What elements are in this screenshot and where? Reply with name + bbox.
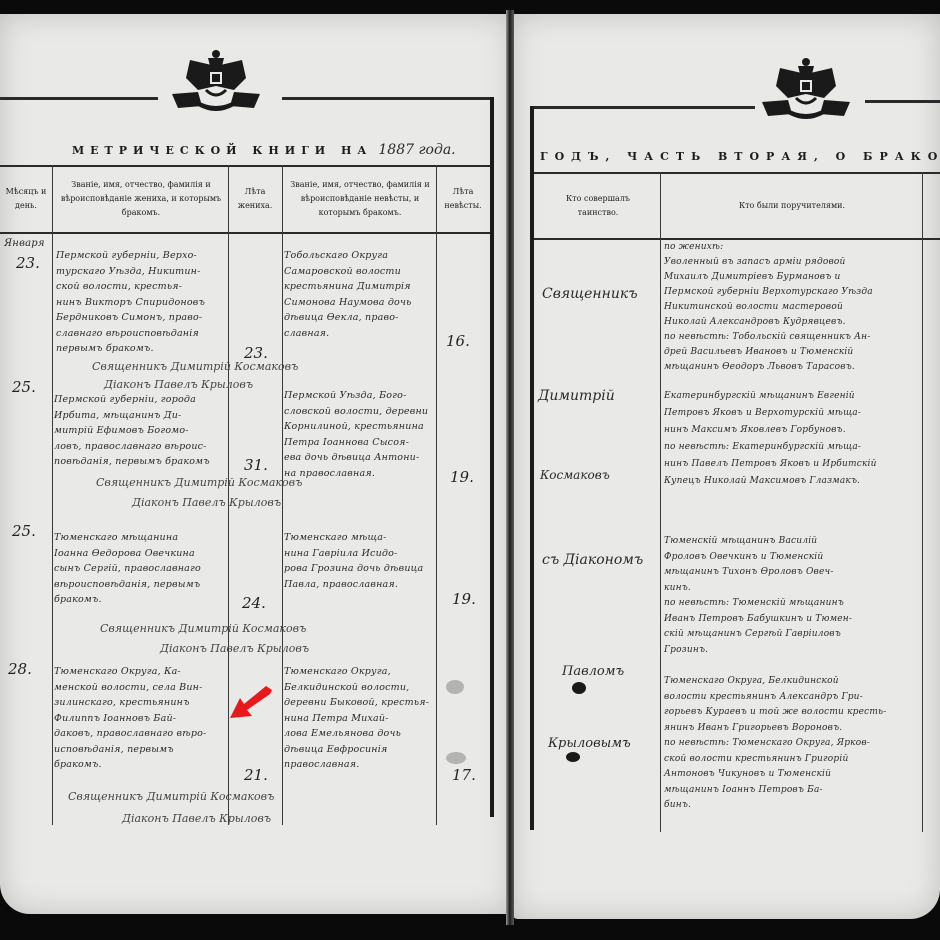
officiant-deacon: съ Діакономъ [542, 552, 643, 568]
entry-day: 28. [8, 660, 32, 678]
witnesses-record: Екатеринбургскій мѣщанинъ Евгеній Петров… [664, 388, 926, 490]
groom-record: Тюменскаго Округа, Ка- менской волости, … [54, 664, 228, 773]
frame-rule [865, 100, 940, 103]
bride-age: 19. [450, 468, 474, 486]
priest-signature: Священникъ Димитрій Космаковъ [68, 790, 274, 803]
groom-record: Тюменскаго мѣщанина Іоанна Ѳедорова Овеч… [54, 530, 228, 608]
deacon-name: Павломъ [562, 664, 624, 679]
deacon-signature: Діаконъ Павелъ Крыловъ [104, 378, 253, 391]
deacon-signature: Діаконъ Павелъ Крыловъ [132, 496, 281, 509]
column-divider [436, 165, 437, 825]
deacon-signature: Діаконъ Павелъ Крыловъ [160, 642, 309, 655]
column-header-officiant: Кто совершалъ таинство. [548, 176, 648, 236]
imperial-eagle-emblem-icon [758, 54, 854, 120]
column-header-bride-age: Лѣта невѣсты. [438, 168, 488, 230]
ink-smudge [446, 680, 464, 694]
bride-record: Тобольскаго Округа Самаровской волости к… [284, 248, 436, 341]
column-header-month-day: Мѣсяцъ и день. [2, 168, 50, 230]
bride-age: 16. [446, 332, 470, 350]
bride-age: 19. [452, 590, 476, 608]
entry-day: 25. [12, 378, 36, 396]
red-arrow-annotation-icon [228, 686, 274, 722]
left-page-title: МЕТРИЧЕСКОЙ КНИГИ НА1887 года. [72, 142, 456, 158]
table-rule [0, 165, 490, 167]
book-gutter [506, 10, 514, 925]
imperial-eagle-emblem-icon [168, 46, 264, 112]
ink-blot [572, 682, 586, 694]
officiant-surname: Космаковъ [540, 468, 610, 482]
priest-signature: Священникъ Димитрій Космаковъ [96, 476, 302, 489]
groom-record: Пермской губерніи, города Ирбита, мѣщани… [54, 392, 228, 470]
groom-age: 24. [242, 594, 266, 612]
register-year: 1887 года. [378, 142, 455, 158]
groom-age: 31. [244, 456, 268, 474]
column-divider [282, 165, 283, 825]
entry-day: 25. [12, 522, 36, 540]
month-label: Января [4, 236, 45, 252]
column-header-witnesses: Кто были поручителями. [664, 176, 920, 236]
ink-blot [566, 752, 580, 762]
witnesses-record: Тюменскаго Округа, Белкидинской волости … [664, 674, 926, 814]
deacon-surname: Крыловымъ [548, 736, 631, 751]
frame-rule [530, 106, 755, 109]
table-rule [0, 232, 490, 234]
frame-rule [0, 97, 158, 100]
witnesses-record: по женихѣ: Уволенный въ запасъ арміи ряд… [664, 240, 926, 375]
ink-smudge [446, 752, 466, 764]
register-title: МЕТРИЧЕСКОЙ КНИГИ НА [72, 144, 372, 157]
bride-age: 17. [452, 766, 476, 784]
officiant-name: Димитрій [538, 388, 615, 404]
witnesses-record: Тюменскій мѣщанинъ Василій Фроловъ Овечк… [664, 534, 926, 658]
bride-record: Тюменскаго Округа, Белкидинской волости,… [284, 664, 436, 773]
frame-rule [490, 97, 494, 817]
bride-record: Тюменскаго мѣща- нина Гавріила Исидо- ро… [284, 530, 436, 592]
column-header-bride: Званіе, имя, отчество, фамилія и вѣроисп… [286, 168, 434, 230]
deacon-signature: Діаконъ Павелъ Крыловъ [122, 812, 271, 825]
column-header-groom: Званіе, имя, отчество, фамилія и вѣроисп… [58, 168, 224, 230]
priest-signature: Священникъ Димитрій Космаковъ [100, 622, 306, 635]
column-divider [52, 165, 53, 825]
officiant-title: Священникъ [542, 286, 638, 302]
entry-day: 23. [16, 254, 40, 272]
groom-record: Пермской губерніи, Верхо- турскаго Уѣзда… [56, 248, 228, 357]
bride-record: Пермской Уѣзда, Бого- словской волости, … [284, 388, 436, 481]
priest-signature: Священникъ Димитрій Космаковъ [92, 360, 298, 373]
frame-rule [530, 106, 534, 830]
column-divider [228, 165, 229, 825]
right-page-title: ГОДЪ, ЧАСТЬ ВТОРАЯ, О БРАКОСОЧЕ [540, 150, 940, 163]
column-divider [660, 172, 661, 832]
groom-age: 21. [244, 766, 268, 784]
table-rule [534, 172, 940, 174]
frame-rule [282, 97, 494, 100]
column-header-groom-age: Лѣта жениха. [230, 168, 280, 230]
